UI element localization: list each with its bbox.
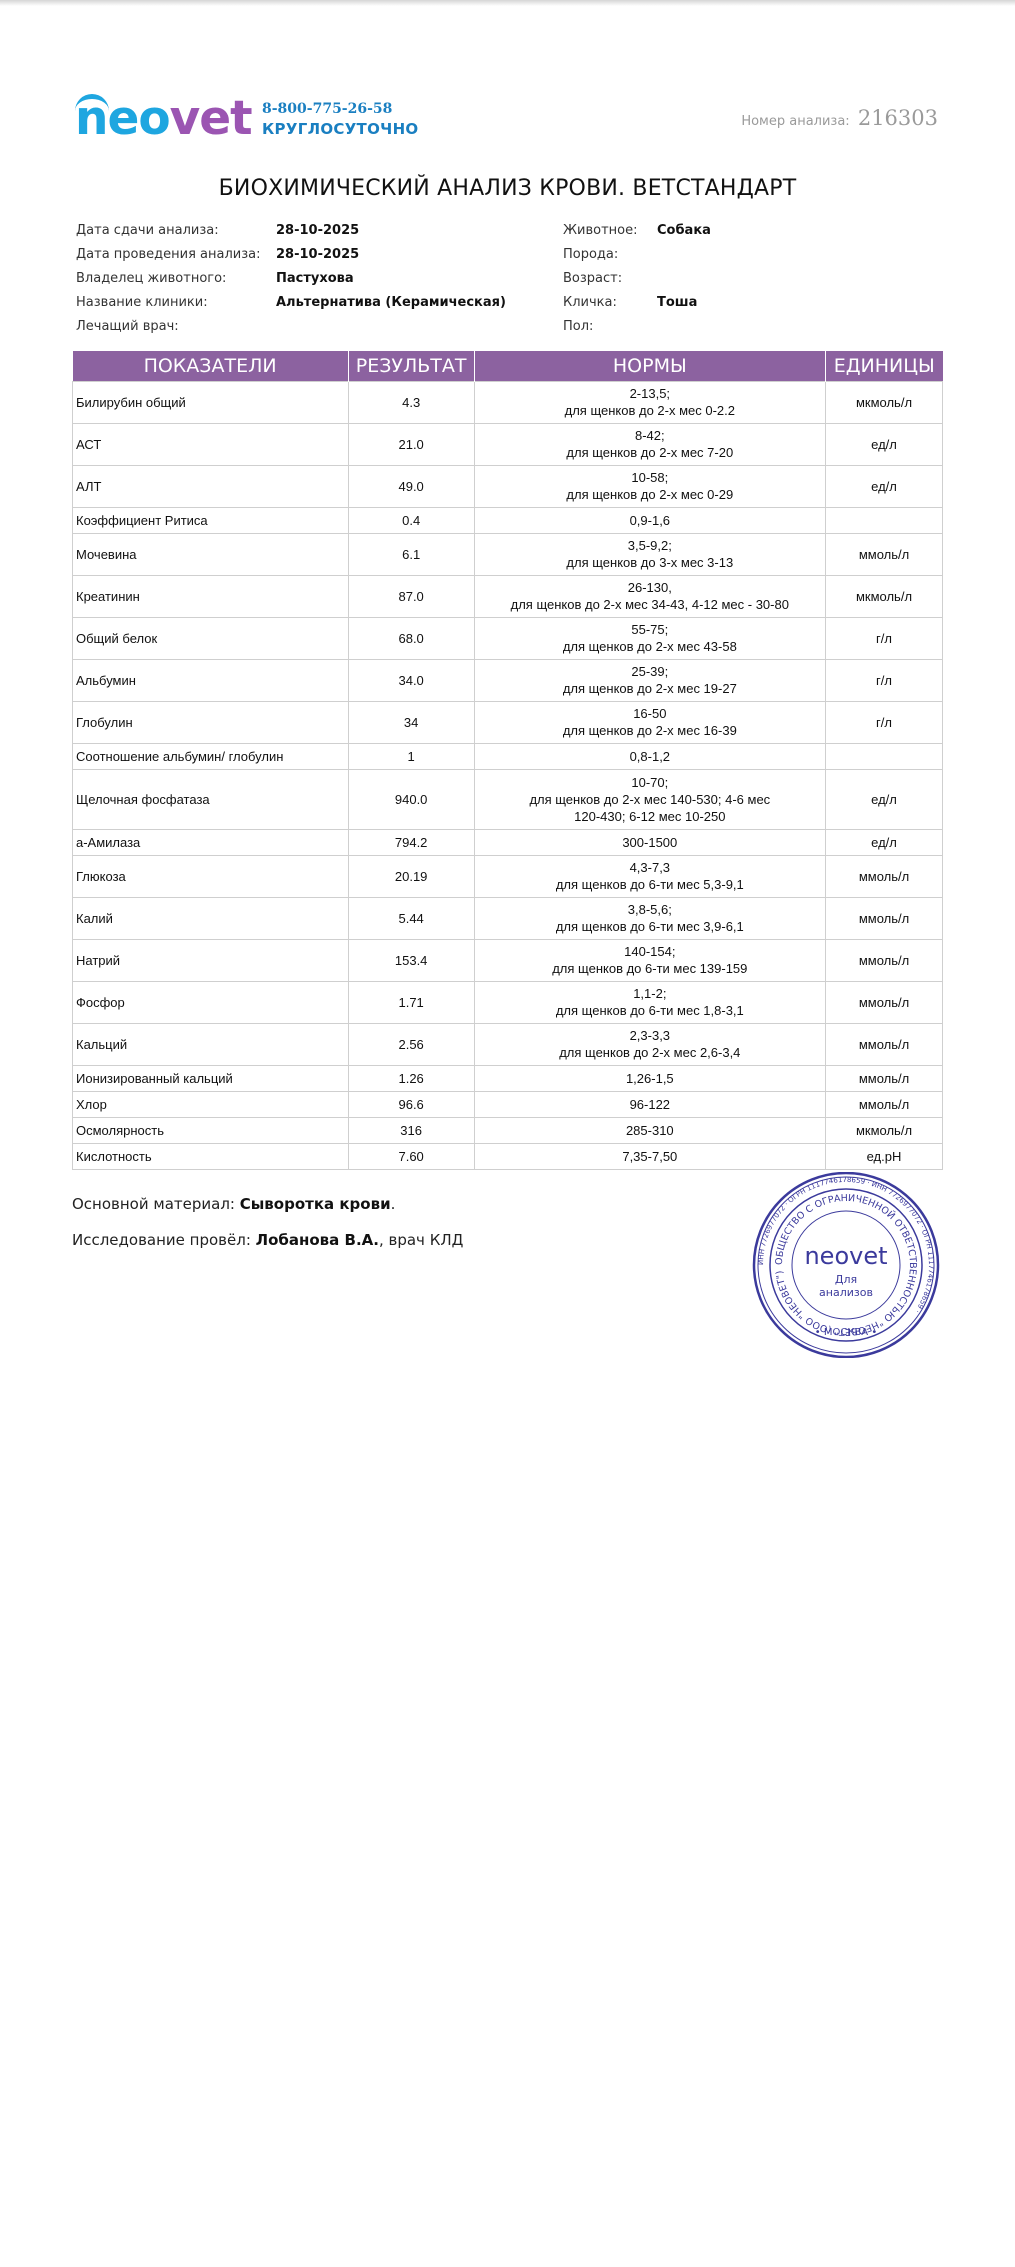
indicator-norm: 1,26-1,5	[474, 1065, 825, 1091]
norm-line: 7,35-7,50	[479, 1148, 821, 1165]
indicator-result: 7.60	[348, 1143, 474, 1169]
indicator-result: 34	[348, 701, 474, 743]
info-left-label: Дата сдачи анализа:	[76, 219, 276, 243]
table-row: Соотношение альбумин/ глобулин10,8-1,2	[73, 743, 943, 769]
norm-line: 1,26-1,5	[479, 1070, 821, 1087]
indicator-norm: 10-70;для щенков до 2-х мес 140-530; 4-6…	[474, 769, 825, 829]
table-row: Фосфор1.711,1-2;для щенков до 6-ти мес 1…	[73, 981, 943, 1023]
indicator-name: АСТ	[73, 423, 349, 465]
indicator-name: Натрий	[73, 939, 349, 981]
table-row: Коэффициент Ритиса0.40,9-1,6	[73, 507, 943, 533]
analysis-number: Номер анализа: 216303	[741, 106, 938, 130]
norm-line: для щенков до 2-х мес 0-2.2	[479, 402, 821, 419]
indicator-name: АЛТ	[73, 465, 349, 507]
table-row: Натрий153.4140-154;для щенков до 6-ти ме…	[73, 939, 943, 981]
info-right-label: Возраст:	[563, 267, 657, 291]
indicator-name: Щелочная фосфатаза	[73, 769, 349, 829]
indicator-result: 4.3	[348, 381, 474, 423]
table-row: Общий белок68.055-75;для щенков до 2-х м…	[73, 617, 943, 659]
norm-line: 0,9-1,6	[479, 512, 821, 529]
table-row: Хлор96.696-122ммоль/л	[73, 1091, 943, 1117]
info-left-label: Лечащий врач:	[76, 315, 276, 339]
indicator-unit: ммоль/л	[826, 855, 943, 897]
indicator-result: 68.0	[348, 617, 474, 659]
indicator-unit: ммоль/л	[826, 1091, 943, 1117]
analysis-number-label: Номер анализа:	[741, 114, 849, 129]
patient-info-left: Дата сдачи анализа:28-10-2025Дата провед…	[76, 219, 506, 339]
norm-line: для щенков до 6-ти мес 1,8-3,1	[479, 1002, 821, 1019]
doctor-note: Исследование провёл: Лобанова В.А., врач…	[72, 1231, 463, 1249]
indicator-unit: ммоль/л	[826, 897, 943, 939]
indicator-norm: 10-58;для щенков до 2-х мес 0-29	[474, 465, 825, 507]
table-row: Креатинин87.026-130,для щенков до 2-х ме…	[73, 575, 943, 617]
indicator-norm: 8-42;для щенков до 2-х мес 7-20	[474, 423, 825, 465]
info-right-label: Пол:	[563, 315, 657, 339]
indicator-norm: 4,3-7,3для щенков до 6-ти мес 5,3-9,1	[474, 855, 825, 897]
indicator-norm: 1,1-2;для щенков до 6-ти мес 1,8-3,1	[474, 981, 825, 1023]
indicator-name: Хлор	[73, 1091, 349, 1117]
info-left-value: Альтернатива (Керамическая)	[276, 291, 506, 315]
patient-info-right: Животное:СобакаПорода:Возраст:Кличка:Тош…	[563, 219, 711, 339]
indicator-unit: ммоль/л	[826, 939, 943, 981]
indicator-unit: г/л	[826, 701, 943, 743]
header-indicators: ПОКАЗАТЕЛИ	[73, 351, 349, 381]
doctor-label: Исследование провёл:	[72, 1231, 256, 1249]
stamp-icon: ИНН 7726977072 · ОГРН 1117746178659 · ИН…	[748, 1172, 944, 1358]
indicator-result: 34.0	[348, 659, 474, 701]
info-right-row: Кличка:Тоша	[563, 291, 711, 315]
indicator-result: 794.2	[348, 829, 474, 855]
header-norms: НОРМЫ	[474, 351, 825, 381]
norm-line: 8-42;	[479, 427, 821, 444]
info-left-row: Дата проведения анализа:28-10-2025	[76, 243, 506, 267]
results-table: ПОКАЗАТЕЛИ РЕЗУЛЬТАТ НОРМЫ ЕДИНИЦЫ Билир…	[72, 351, 943, 1170]
norm-line: для щенков до 2-х мес 2,6-3,4	[479, 1044, 821, 1061]
stamp-line1: Для	[835, 1273, 857, 1286]
indicator-name: Билирубин общий	[73, 381, 349, 423]
norm-line: 285-310	[479, 1122, 821, 1139]
indicator-result: 6.1	[348, 533, 474, 575]
indicator-name: а-Амилаза	[73, 829, 349, 855]
table-row: Щелочная фосфатаза940.010-70;для щенков …	[73, 769, 943, 829]
norm-line: 26-130,	[479, 579, 821, 596]
norm-line: для щенков до 2-х мес 34-43, 4-12 мес - …	[479, 596, 821, 613]
indicator-name: Мочевина	[73, 533, 349, 575]
indicator-result: 20.19	[348, 855, 474, 897]
indicator-unit	[826, 507, 943, 533]
indicator-norm: 0,9-1,6	[474, 507, 825, 533]
info-right-value: Собака	[657, 219, 711, 243]
indicator-norm: 2,3-3,3для щенков до 2-х мес 2,6-3,4	[474, 1023, 825, 1065]
indicator-unit: ед.рН	[826, 1143, 943, 1169]
indicator-unit: ммоль/л	[826, 533, 943, 575]
table-row: АЛТ49.010-58;для щенков до 2-х мес 0-29е…	[73, 465, 943, 507]
indicator-name: Ионизированный кальций	[73, 1065, 349, 1091]
indicator-name: Фосфор	[73, 981, 349, 1023]
indicator-norm: 25-39;для щенков до 2-х мес 19-27	[474, 659, 825, 701]
norm-line: 0,8-1,2	[479, 748, 821, 765]
analysis-number-value: 216303	[858, 106, 938, 130]
indicator-result: 0.4	[348, 507, 474, 533]
top-shadow	[0, 0, 1015, 6]
indicator-norm: 3,5-9,2;для щенков до 3-х мес 3-13	[474, 533, 825, 575]
indicator-name: Общий белок	[73, 617, 349, 659]
table-row: АСТ21.08-42;для щенков до 2-х мес 7-20ед…	[73, 423, 943, 465]
indicator-result: 5.44	[348, 897, 474, 939]
indicator-unit: ед/л	[826, 423, 943, 465]
info-left-row: Название клиники:Альтернатива (Керамичес…	[76, 291, 506, 315]
clinic-stamp: ИНН 7726977072 · ОГРН 1117746178659 · ИН…	[748, 1172, 944, 1358]
table-row: Глюкоза20.194,3-7,3для щенков до 6-ти ме…	[73, 855, 943, 897]
indicator-norm: 7,35-7,50	[474, 1143, 825, 1169]
table-row: Кальций2.562,3-3,3для щенков до 2-х мес …	[73, 1023, 943, 1065]
material-note: Основной материал: Сыворотка крови.	[72, 1195, 395, 1213]
norm-line: 3,8-5,6;	[479, 901, 821, 918]
material-suffix: .	[391, 1195, 396, 1213]
neovet-logo: neovet	[75, 96, 252, 142]
indicator-unit: ед/л	[826, 769, 943, 829]
stamp-city: • МОСКВА •	[815, 1327, 877, 1338]
norm-line: для щенков до 2-х мес 0-29	[479, 486, 821, 503]
stamp-logo: neovet	[804, 1242, 887, 1270]
info-right-label: Животное:	[563, 219, 657, 243]
indicator-name: Калий	[73, 897, 349, 939]
norm-line: для щенков до 2-х мес 43-58	[479, 638, 821, 655]
indicator-name: Соотношение альбумин/ глобулин	[73, 743, 349, 769]
norm-line: для щенков до 6-ти мес 3,9-6,1	[479, 918, 821, 935]
norm-line: 25-39;	[479, 663, 821, 680]
indicator-unit: мкмоль/л	[826, 381, 943, 423]
indicator-result: 1	[348, 743, 474, 769]
table-row: Мочевина6.13,5-9,2;для щенков до 3-х мес…	[73, 533, 943, 575]
indicator-norm: 16-50для щенков до 2-х мес 16-39	[474, 701, 825, 743]
header-result: РЕЗУЛЬТАТ	[348, 351, 474, 381]
indicator-result: 1.71	[348, 981, 474, 1023]
indicator-norm: 0,8-1,2	[474, 743, 825, 769]
indicator-unit: г/л	[826, 659, 943, 701]
material-label: Основной материал:	[72, 1195, 240, 1213]
norm-line: для щенков до 2-х мес 16-39	[479, 722, 821, 739]
info-right-label: Кличка:	[563, 291, 657, 315]
info-left-value: 28-10-2025	[276, 243, 359, 267]
indicator-name: Глобулин	[73, 701, 349, 743]
norm-line: для щенков до 2-х мес 19-27	[479, 680, 821, 697]
indicator-result: 2.56	[348, 1023, 474, 1065]
info-right-row: Пол:	[563, 315, 711, 339]
info-right-label: Порода:	[563, 243, 657, 267]
indicator-name: Кислотность	[73, 1143, 349, 1169]
indicator-unit: мкмоль/л	[826, 1117, 943, 1143]
info-left-row: Лечащий врач:	[76, 315, 506, 339]
indicator-name: Альбумин	[73, 659, 349, 701]
info-left-value: 28-10-2025	[276, 219, 359, 243]
indicator-result: 49.0	[348, 465, 474, 507]
material-value: Сыворотка крови	[240, 1195, 391, 1213]
indicator-result: 153.4	[348, 939, 474, 981]
norm-line: 140-154;	[479, 943, 821, 960]
norm-line: 2-13,5;	[479, 385, 821, 402]
doctor-position: , врач КЛД	[379, 1231, 463, 1249]
norm-line: для щенков до 2-х мес 7-20	[479, 444, 821, 461]
norm-line: для щенков до 6-ти мес 5,3-9,1	[479, 876, 821, 893]
norm-line: 4,3-7,3	[479, 859, 821, 876]
info-left-label: Дата проведения анализа:	[76, 243, 276, 267]
indicator-norm: 96-122	[474, 1091, 825, 1117]
norm-line: 120-430; 6-12 мес 10-250	[479, 808, 821, 825]
info-left-label: Название клиники:	[76, 291, 276, 315]
indicator-result: 87.0	[348, 575, 474, 617]
norm-line: 3,5-9,2;	[479, 537, 821, 554]
indicator-result: 1.26	[348, 1065, 474, 1091]
info-left-row: Дата сдачи анализа:28-10-2025	[76, 219, 506, 243]
indicator-name: Креатинин	[73, 575, 349, 617]
norm-line: 10-70;	[479, 774, 821, 791]
norm-line: 10-58;	[479, 469, 821, 486]
info-right-row: Животное:Собака	[563, 219, 711, 243]
indicator-name: Глюкоза	[73, 855, 349, 897]
logo-part-vet: vet	[170, 91, 252, 146]
table-row: Калий5.443,8-5,6;для щенков до 6-ти мес …	[73, 897, 943, 939]
table-header-row: ПОКАЗАТЕЛИ РЕЗУЛЬТАТ НОРМЫ ЕДИНИЦЫ	[73, 351, 943, 381]
table-row: а-Амилаза794.2300-1500ед/л	[73, 829, 943, 855]
info-right-value: Тоша	[657, 291, 697, 315]
doctor-name: Лобанова В.А.	[256, 1231, 379, 1249]
indicator-unit: ммоль/л	[826, 1023, 943, 1065]
indicator-norm: 26-130,для щенков до 2-х мес 34-43, 4-12…	[474, 575, 825, 617]
norm-line: 2,3-3,3	[479, 1027, 821, 1044]
norm-line: 300-1500	[479, 834, 821, 851]
indicator-unit: ммоль/л	[826, 1065, 943, 1091]
page-title: БИОХИМИЧЕСКИЙ АНАЛИЗ КРОВИ. ВЕТСТАНДАРТ	[0, 176, 1015, 201]
info-right-row: Возраст:	[563, 267, 711, 291]
working-hours: КРУГЛОСУТОЧНО	[262, 120, 418, 138]
norm-line: для щенков до 3-х мес 3-13	[479, 554, 821, 571]
phone-number: 8-800-775-26-58	[262, 101, 392, 117]
stamp-line2: анализов	[819, 1286, 873, 1299]
indicator-norm: 285-310	[474, 1117, 825, 1143]
table-row: Осмолярность316285-310мкмоль/л	[73, 1117, 943, 1143]
indicator-result: 96.6	[348, 1091, 474, 1117]
indicator-unit: ммоль/л	[826, 981, 943, 1023]
indicator-result: 316	[348, 1117, 474, 1143]
indicator-norm: 55-75;для щенков до 2-х мес 43-58	[474, 617, 825, 659]
indicator-unit: мкмоль/л	[826, 575, 943, 617]
table-row: Ионизированный кальций1.261,26-1,5ммоль/…	[73, 1065, 943, 1091]
indicator-result: 21.0	[348, 423, 474, 465]
indicator-norm: 300-1500	[474, 829, 825, 855]
indicator-unit: ед/л	[826, 829, 943, 855]
norm-line: 1,1-2;	[479, 985, 821, 1002]
norm-line: для щенков до 6-ти мес 139-159	[479, 960, 821, 977]
indicator-norm: 3,8-5,6;для щенков до 6-ти мес 3,9-6,1	[474, 897, 825, 939]
norm-line: 55-75;	[479, 621, 821, 638]
table-row: Альбумин34.025-39;для щенков до 2-х мес …	[73, 659, 943, 701]
norm-line: 16-50	[479, 705, 821, 722]
indicator-name: Коэффициент Ритиса	[73, 507, 349, 533]
indicator-result: 940.0	[348, 769, 474, 829]
table-row: Кислотность7.607,35-7,50ед.рН	[73, 1143, 943, 1169]
info-right-row: Порода:	[563, 243, 711, 267]
indicator-unit: г/л	[826, 617, 943, 659]
indicator-unit: ед/л	[826, 465, 943, 507]
indicator-name: Осмолярность	[73, 1117, 349, 1143]
table-row: Билирубин общий4.32-13,5;для щенков до 2…	[73, 381, 943, 423]
header-units: ЕДИНИЦЫ	[826, 351, 943, 381]
indicator-name: Кальций	[73, 1023, 349, 1065]
indicator-norm: 2-13,5;для щенков до 2-х мес 0-2.2	[474, 381, 825, 423]
norm-line: для щенков до 2-х мес 140-530; 4-6 мес	[479, 791, 821, 808]
info-left-row: Владелец животного:Пастухова	[76, 267, 506, 291]
indicator-unit	[826, 743, 943, 769]
info-left-value: Пастухова	[276, 267, 354, 291]
table-row: Глобулин3416-50для щенков до 2-х мес 16-…	[73, 701, 943, 743]
info-left-label: Владелец животного:	[76, 267, 276, 291]
indicator-norm: 140-154;для щенков до 6-ти мес 139-159	[474, 939, 825, 981]
norm-line: 96-122	[479, 1096, 821, 1113]
